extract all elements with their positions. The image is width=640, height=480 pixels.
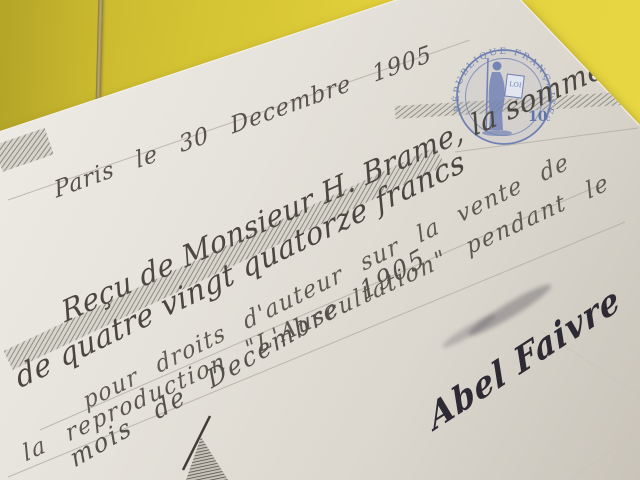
paper-shadow-wrap: RÉPUBLIQUE FRANÇAISE LOI 10 c P [0, 0, 640, 480]
year-numeral [183, 416, 228, 480]
photo-of-receipt: RÉPUBLIQUE FRANÇAISE LOI 10 c P [0, 0, 640, 480]
receipt-paper: RÉPUBLIQUE FRANÇAISE LOI 10 c P [0, 0, 640, 480]
stamp-value-unit: c [546, 114, 551, 123]
